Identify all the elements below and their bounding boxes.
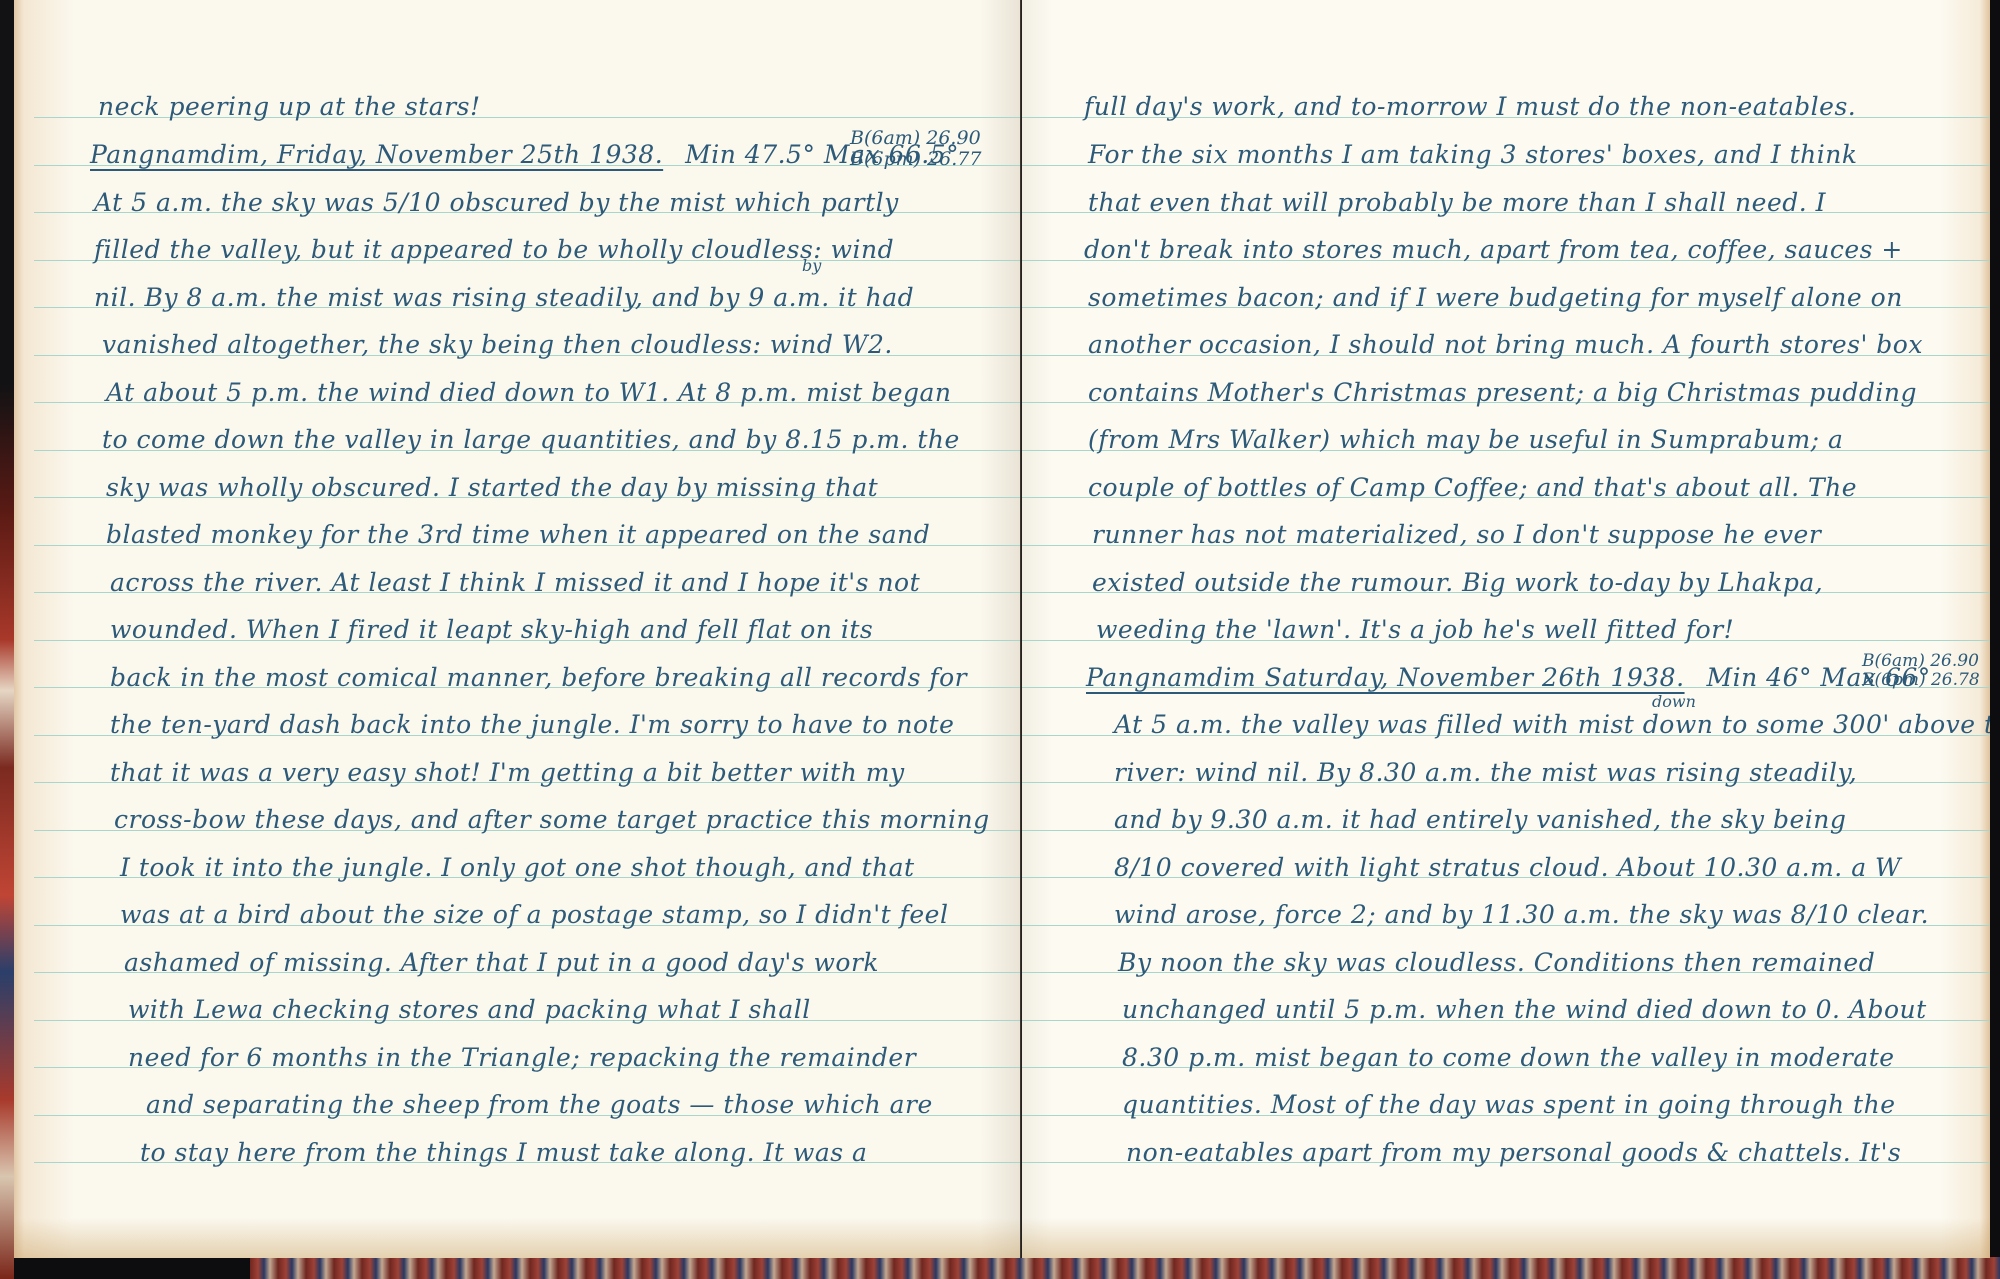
barometer-am: B(6am) 26.90: [1862, 652, 1980, 671]
diary-line: ashamed of missing. After that I put in …: [124, 950, 879, 975]
diary-line: full day's work, and to-morrow I must do…: [1084, 94, 1856, 119]
diary-line: 8/10 covered with light stratus cloud. A…: [1114, 855, 1901, 880]
barometer-am: B(6am) 26.90: [850, 128, 982, 149]
barometer-readings: B(6am) 26.90 B(6pm) 26.78: [1862, 652, 1980, 690]
diary-line: By noon the sky was cloudless. Condition…: [1118, 950, 1875, 975]
diary-line: existed outside the rumour. Big work to-…: [1092, 570, 1823, 595]
diary-line: the ten-yard dash back into the jungle. …: [110, 712, 954, 737]
marbled-edge-left: [0, 0, 14, 1279]
barometer-pm: B(6pm) 26.77: [850, 149, 982, 170]
entry-heading: Pangnamdim, Friday, November 25th 1938.M…: [90, 142, 959, 167]
diary-line: At 5 a.m. the valley was filled with mis…: [1114, 712, 1990, 737]
right-page: full day's work, and to-morrow I must do…: [1022, 0, 1990, 1258]
diary-line: runner has not materialized, so I don't …: [1092, 522, 1821, 547]
diary-line: sky was wholly obscured. I started the d…: [106, 475, 878, 500]
diary-line: I took it into the jungle. I only got on…: [120, 855, 915, 880]
diary-line: river: wind nil. By 8.30 a.m. the mist w…: [1114, 760, 1857, 785]
marbled-edge-bottom: [250, 1257, 2000, 1279]
diary-line: and by 9.30 a.m. it had entirely vanishe…: [1114, 807, 1846, 832]
correction-insert: down: [1652, 692, 1696, 711]
diary-line: another occasion, I should not bring muc…: [1088, 332, 1923, 357]
diary-line: blasted monkey for the 3rd time when it …: [106, 522, 930, 547]
diary-line: wind arose, force 2; and by 11.30 a.m. t…: [1114, 902, 1929, 927]
diary-line: was at a bird about the size of a postag…: [120, 902, 948, 927]
entry-heading-title: Pangnamdim Saturday, November 26th 1938.: [1086, 663, 1685, 692]
diary-line: don't break into stores much, apart from…: [1084, 237, 1903, 262]
diary-line: unchanged until 5 p.m. when the wind die…: [1122, 997, 1927, 1022]
diary-line: need for 6 months in the Triangle; repac…: [128, 1045, 916, 1070]
diary-line: quantities. Most of the day was spent in…: [1122, 1092, 1896, 1117]
correction-insert: by: [802, 256, 821, 275]
diary-line: cross-bow these days, and after some tar…: [114, 807, 990, 832]
diary-line: to come down the valley in large quantit…: [102, 427, 960, 452]
page-stain: [14, 1218, 1020, 1258]
diary-line: filled the valley, but it appeared to be…: [94, 237, 894, 262]
diary-line: wounded. When I fired it leapt sky-high …: [110, 617, 873, 642]
diary-line: 8.30 p.m. mist began to come down the va…: [1122, 1045, 1895, 1070]
diary-line: that even that will probably be more tha…: [1088, 190, 1826, 215]
diary-line: weeding the 'lawn'. It's a job he's well…: [1096, 617, 1734, 642]
diary-line: back in the most comical manner, before …: [110, 665, 967, 690]
diary-line: across the river. At least I think I mis…: [110, 570, 920, 595]
entry-heading: Pangnamdim Saturday, November 26th 1938.…: [1086, 665, 1931, 690]
diary-line: nil. By 8 a.m. the mist was rising stead…: [94, 285, 914, 310]
diary-line: couple of bottles of Camp Coffee; and th…: [1088, 475, 1857, 500]
diary-line: and separating the sheep from the goats …: [146, 1092, 933, 1117]
left-page: neck peering up at the stars! Pangnamdim…: [14, 0, 1022, 1258]
diary-line: to stay here from the things I must take…: [140, 1140, 867, 1165]
barometer-pm: B(6pm) 26.78: [1862, 671, 1980, 690]
diary-line: vanished altogether, the sky being then …: [102, 332, 893, 357]
diary-line: that it was a very easy shot! I'm gettin…: [110, 760, 905, 785]
diary-line: non-eatables apart from my personal good…: [1126, 1140, 1901, 1165]
diary-line: (from Mrs Walker) which may be useful in…: [1088, 427, 1843, 452]
diary-line: with Lewa checking stores and packing wh…: [128, 997, 811, 1022]
diary-line: neck peering up at the stars!: [98, 94, 481, 119]
diary-line: At 5 a.m. the sky was 5/10 obscured by t…: [94, 190, 899, 215]
diary-line: At about 5 p.m. the wind died down to W1…: [106, 380, 952, 405]
diary-line: contains Mother's Christmas present; a b…: [1088, 380, 1917, 405]
entry-heading-title: Pangnamdim, Friday, November 25th 1938.: [90, 140, 663, 169]
page-stain: [1022, 1218, 1990, 1258]
barometer-readings: B(6am) 26.90 B(6pm) 26.77: [850, 128, 982, 170]
diary-line: For the six months I am taking 3 stores'…: [1088, 142, 1858, 167]
diary-line: sometimes bacon; and if I were budgeting…: [1088, 285, 1903, 310]
